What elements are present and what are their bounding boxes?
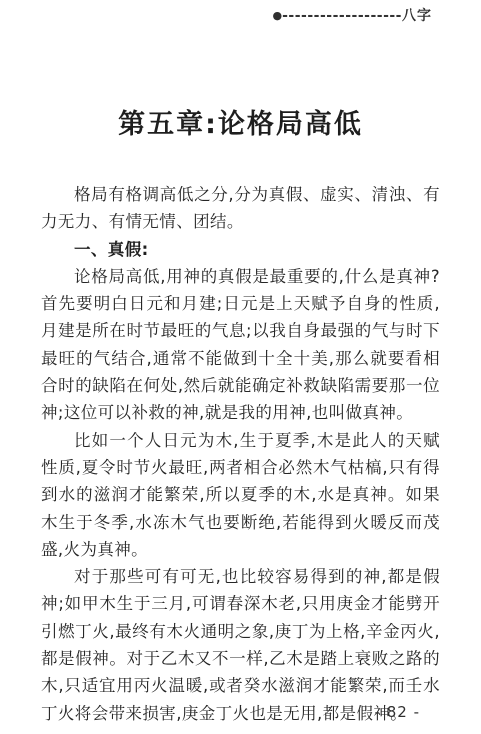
running-header: ●-------------------八字 xyxy=(272,5,432,25)
page-number: - 82 - xyxy=(375,703,420,721)
paragraph-intro: 格局有格调高低之分,分为真假、虚实、清浊、有力无力、有情无情、团结。 xyxy=(41,181,440,236)
section-heading-truejia: 一、真假: xyxy=(41,236,440,263)
book-page: ●-------------------八字 第五章:论格局高低 格局有格调高低… xyxy=(0,0,481,734)
header-book-title: 八字 xyxy=(402,8,432,24)
header-dashed-rule: ------------------- xyxy=(282,8,402,24)
paragraph-2: 比如一个人日元为木,生于夏季,木是此人的天赋性质,夏令时节火最旺,两者相合必然木… xyxy=(41,427,440,563)
paragraph-1: 论格局高低,用神的真假是最重要的,什么是真神?首先要明白日元和月建;日元是上天赋… xyxy=(41,263,440,427)
bullet-icon: ● xyxy=(272,9,282,22)
page-body: 格局有格调高低之分,分为真假、虚实、清浊、有力无力、有情无情、团结。 一、真假:… xyxy=(0,181,481,727)
